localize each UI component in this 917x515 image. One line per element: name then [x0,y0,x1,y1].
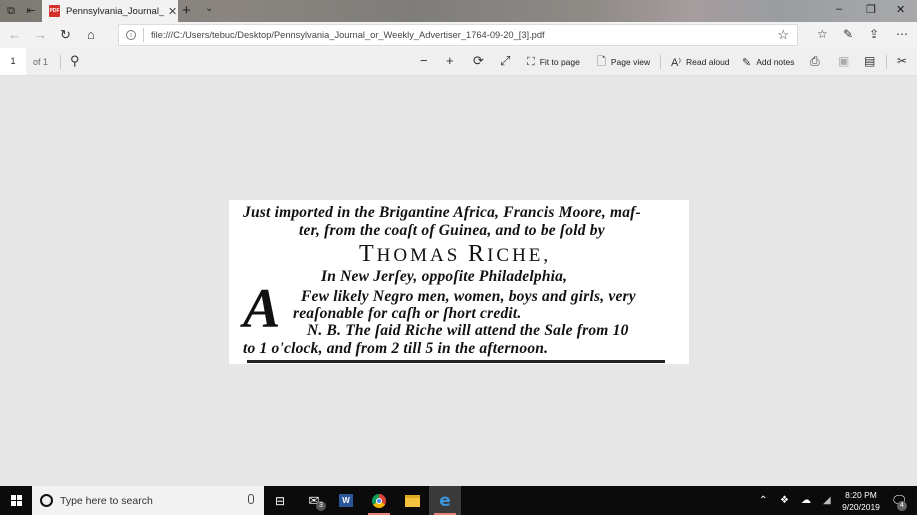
ad-line-7: to 1 o'clock, and from 2 till 5 in the a… [243,340,548,358]
page-view-icon: 🗋 [597,53,606,72]
file-explorer-icon[interactable] [396,486,428,515]
edge-app-icon[interactable]: e [429,486,461,515]
pdf-toolbar: 1 of 1 ⚲ − + ⟳ ⤢ ⛶ Fit to page 🗋 Page vi… [0,48,917,76]
add-notes-icon: ✎ [742,56,751,69]
microphone-icon[interactable] [248,494,254,504]
print-icon[interactable]: ⎙ [810,54,820,68]
system-clock[interactable]: 8:20 PM 9/20/2019 [838,489,884,513]
page-view-button[interactable]: 🗋 Page view [597,54,650,70]
fit-to-page-button[interactable]: ⛶ Fit to page [527,54,580,70]
close-tab-icon[interactable]: ✕ [168,5,177,18]
search-placeholder: Type here to search [60,495,153,507]
minimize-button[interactable]: – [836,3,842,15]
add-notes-button[interactable]: ✎ Add notes [742,54,795,70]
share-icon[interactable]: ⇪ [869,27,879,41]
page-number-input[interactable]: 1 [0,48,26,75]
tab-manager-icon[interactable]: ⧉ [4,4,18,18]
ad-line-4: Few likely Negro men, women, boys and gi… [301,288,636,306]
browser-tab[interactable]: PDF Pennsylvania_Journal_o ✕ [42,0,178,22]
title-bar: ⧉ ⇤ PDF Pennsylvania_Journal_o ✕ + ⌄ – ❐… [0,0,917,22]
tab-preview-chevron-icon[interactable]: ⌄ [205,3,213,14]
ad-bottom-rule [247,360,665,363]
fit-to-page-icon: ⛶ [527,56,535,69]
dropbox-icon[interactable]: ❖ [780,486,789,515]
notifications-badge: 4 [897,501,907,511]
toolbar-divider [60,55,61,69]
save-icon[interactable]: ▣ [838,54,849,68]
clock-time: 8:20 PM [838,489,884,501]
mail-app-icon[interactable]: ✉ 3 [298,486,330,515]
ad-line-1: Just imported in the Brigantine Africa, … [243,204,641,222]
ad-line-5: reaſonable for caſh or ſhort credit. [293,305,522,323]
toolbar-divider [886,55,887,69]
page-total: of 1 [33,57,48,67]
address-bar[interactable]: i file:///C:/Users/tebuc/Desktop/Pennsyl… [118,24,798,46]
save-as-icon[interactable]: ▤ [864,54,875,68]
toolbar-divider [660,55,661,69]
zoom-in-icon[interactable]: + [446,54,454,68]
clock-date: 9/20/2019 [838,501,884,513]
ad-line-6: N. B. The ſaid Riche will attend the Sal… [307,322,629,340]
forward-button[interactable]: → [34,27,47,43]
pdf-page: Just imported in the Brigantine Africa, … [229,200,689,364]
address-text[interactable]: file:///C:/Users/tebuc/Desktop/Pennsylva… [151,30,545,40]
fullscreen-icon[interactable]: ⤢ [500,54,510,68]
pdf-icon: PDF [49,5,60,17]
home-button[interactable]: ⌂ [87,27,95,43]
restore-button[interactable]: ❐ [866,3,876,16]
ad-line-2: ter, from the coaſt of Guinea, and to be… [299,222,605,240]
favorite-star-icon[interactable]: ☆ [777,27,789,43]
task-view-icon[interactable]: ⊟ [264,486,296,515]
mail-badge: 3 [316,501,326,511]
taskbar: Type here to search ⊟ ✉ 3 W e ⌃ ❖ ☁ ◢ 8:… [0,486,917,515]
more-icon[interactable]: ⋯ [896,27,908,41]
windows-logo-icon [11,495,22,506]
ad-location: In New Jerſey, oppoſite Philadelphia, [321,268,567,286]
taskbar-search-box[interactable]: Type here to search [32,486,264,515]
new-tab-button[interactable]: + [182,2,191,19]
onedrive-cloud-icon[interactable]: ☁ [801,486,811,515]
cortana-icon[interactable] [40,494,53,507]
pin-toolbar-icon[interactable]: ✂ [897,54,907,68]
pdf-viewer[interactable]: Just imported in the Brigantine Africa, … [0,76,917,486]
zoom-out-icon[interactable]: − [420,54,428,68]
search-icon[interactable]: ⚲ [70,54,80,68]
rotate-icon[interactable]: ⟳ [473,54,484,68]
back-button[interactable]: ← [8,27,21,43]
start-button[interactable] [0,486,32,515]
read-aloud-icon: A⁾ [671,56,681,69]
chrome-app-icon[interactable] [363,486,395,515]
refresh-button[interactable]: ↻ [60,27,71,43]
notes-pen-icon[interactable]: ✎ [843,27,853,41]
set-aside-tabs-icon[interactable]: ⇤ [24,4,38,18]
show-hidden-icons-chevron[interactable]: ⌃ [759,486,767,515]
ad-merchant-name: THOMAS RICHE, [359,241,551,268]
tab-title: Pennsylvania_Journal_o [66,6,164,17]
address-divider [143,28,144,42]
ad-dropcap: A [243,281,280,337]
network-icon[interactable]: ◢ [823,486,831,515]
navigation-bar: ← → ↻ ⌂ i file:///C:/Users/tebuc/Desktop… [0,22,917,48]
word-app-icon[interactable]: W [330,486,362,515]
read-aloud-button[interactable]: A⁾ Read aloud [671,54,730,70]
info-icon[interactable]: i [126,30,136,40]
favorites-icon[interactable]: ☆ [817,27,828,41]
close-window-button[interactable]: ✕ [896,3,905,16]
